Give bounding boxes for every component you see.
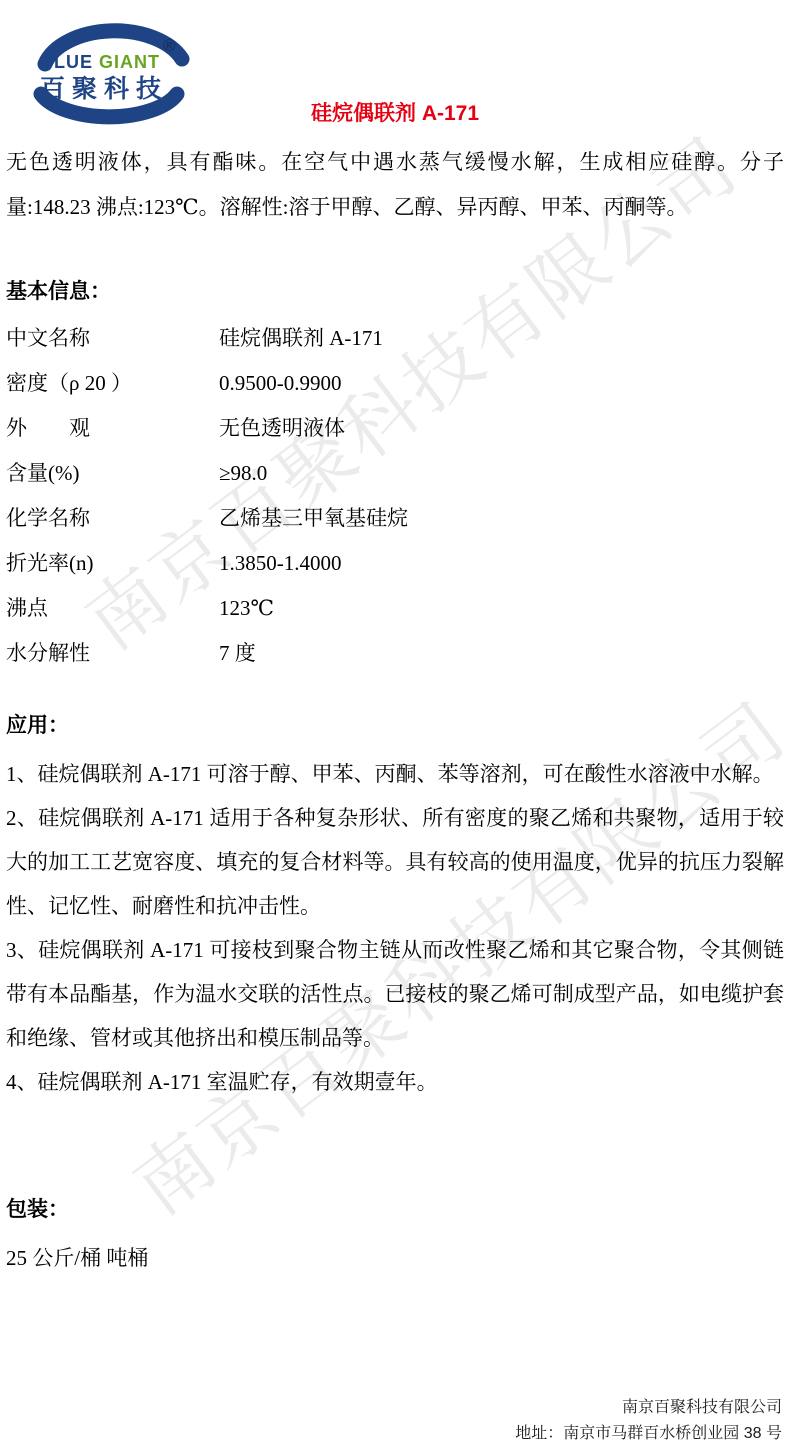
info-row-refractive-index: 折光率(n)1.3850-1.4000	[6, 541, 784, 586]
info-row-hydrolysis: 水分解性7 度	[6, 631, 784, 676]
info-label: 沸点	[6, 586, 219, 631]
application-heading: 应用：	[6, 710, 784, 742]
info-value: 0.9500-0.9900	[219, 361, 342, 406]
basic-info-heading: 基本信息：	[6, 276, 784, 308]
info-row-content: 含量(%)≥98.0	[6, 451, 784, 496]
footer-address: 地址：南京市马群百水桥创业园 38 号	[515, 1421, 782, 1447]
packaging-text: 25 公斤/桶 吨桶	[6, 1236, 784, 1280]
info-value: 1.3850-1.4000	[219, 541, 342, 586]
info-row-appearance: 外 观无色透明液体	[6, 406, 784, 451]
info-label: 外 观	[6, 406, 219, 451]
registered-trademark-icon: ®	[163, 36, 176, 56]
info-value: 乙烯基三甲氧基硅烷	[219, 496, 408, 541]
intro-paragraph: 无色透明液体，具有酯味。在空气中遇水蒸气缓慢水解，生成相应硅醇。分子量:148.…	[6, 140, 784, 230]
product-title: 硅烷偶联剂 A-171	[0, 97, 790, 127]
info-label: 密度（ρ 20 ）	[6, 361, 219, 406]
info-label: 折光率(n)	[6, 541, 219, 586]
info-row-chinese-name: 中文名称硅烷偶联剂 A-171	[6, 316, 784, 361]
application-item-1: 1、硅烷偶联剂 A-171 可溶于醇、甲苯、丙酮、苯等溶剂，可在酸性水溶液中水解…	[6, 752, 784, 796]
info-label: 含量(%)	[6, 451, 219, 496]
info-value: 无色透明液体	[219, 406, 345, 451]
info-label: 化学名称	[6, 496, 219, 541]
info-label: 水分解性	[6, 631, 219, 676]
application-item-4: 4、硅烷偶联剂 A-171 室温贮存，有效期壹年。	[6, 1060, 784, 1104]
basic-info-section: 基本信息： 中文名称硅烷偶联剂 A-171 密度（ρ 20 ）0.9500-0.…	[6, 276, 784, 676]
info-value: ≥98.0	[219, 451, 267, 496]
info-value: 7 度	[219, 631, 256, 676]
document-page: 南京百聚科技有限公司 南京百聚科技有限公司 BLUE GIANT ® 百聚科技 …	[0, 0, 790, 1453]
application-section: 应用： 1、硅烷偶联剂 A-171 可溶于醇、甲苯、丙酮、苯等溶剂，可在酸性水溶…	[6, 710, 784, 1104]
packaging-heading: 包装：	[6, 1194, 784, 1226]
info-value: 硅烷偶联剂 A-171	[219, 316, 383, 361]
footer-company-name: 南京百聚科技有限公司	[515, 1395, 782, 1421]
application-item-3: 3、硅烷偶联剂 A-171 可接枝到聚合物主链从而改性聚乙烯和其它聚合物，令其侧…	[6, 928, 784, 1060]
footer: 南京百聚科技有限公司 地址：南京市马群百水桥创业园 38 号	[515, 1395, 782, 1447]
info-label: 中文名称	[6, 316, 219, 361]
info-row-chemical-name: 化学名称乙烯基三甲氧基硅烷	[6, 496, 784, 541]
info-row-boiling-point: 沸点123℃	[6, 586, 784, 631]
info-value: 123℃	[219, 586, 274, 631]
application-item-2: 2、硅烷偶联剂 A-171 适用于各种复杂形状、所有密度的聚乙烯和共聚物，适用于…	[6, 796, 784, 928]
info-row-density: 密度（ρ 20 ）0.9500-0.9900	[6, 361, 784, 406]
basic-info-table: 中文名称硅烷偶联剂 A-171 密度（ρ 20 ）0.9500-0.9900 外…	[6, 316, 784, 676]
packaging-section: 包装： 25 公斤/桶 吨桶	[6, 1194, 784, 1280]
